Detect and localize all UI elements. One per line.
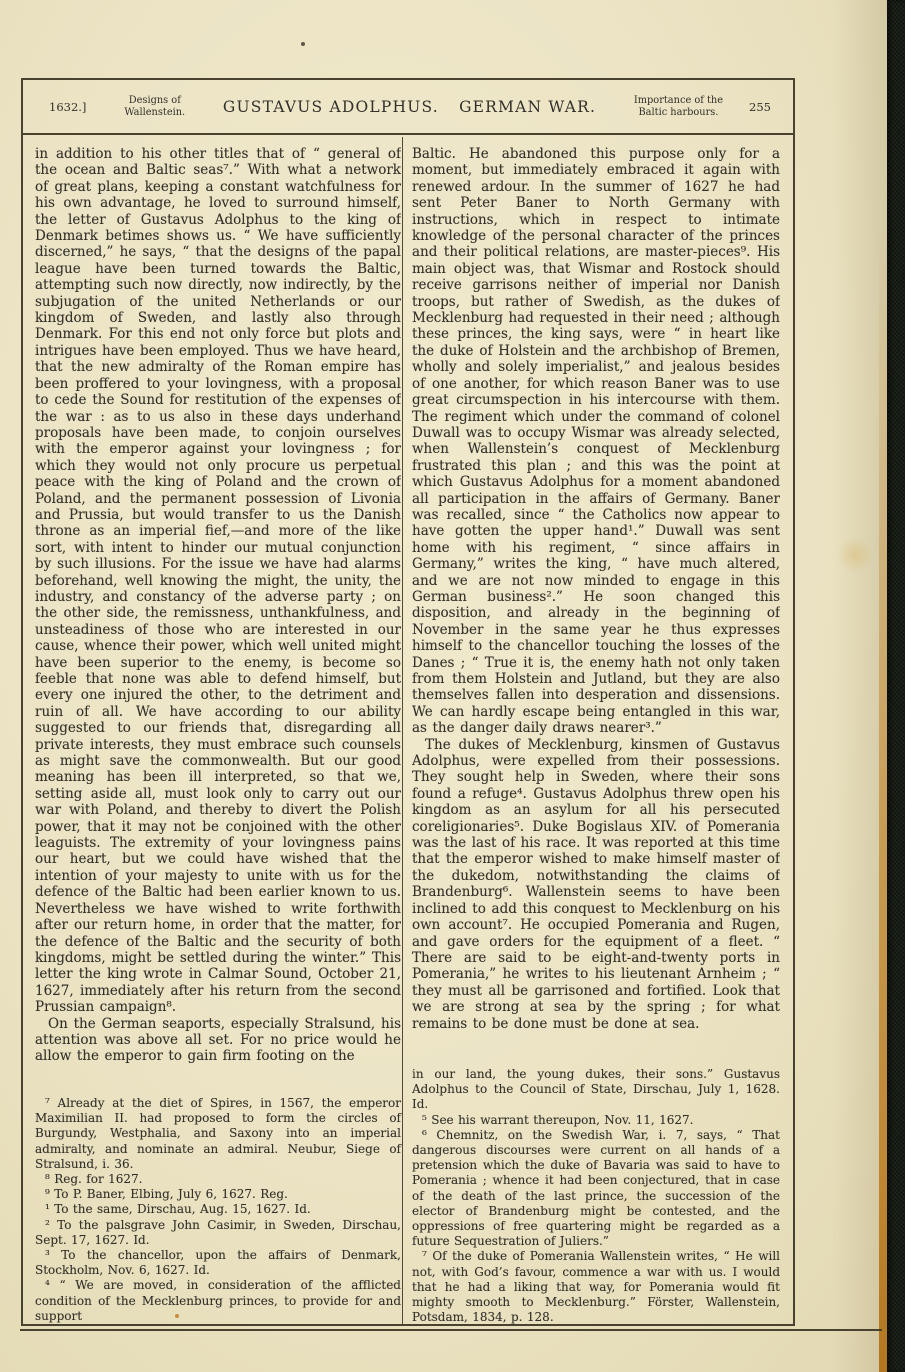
body-text-right: Baltic. He abandoned this purpose only f… (412, 146, 780, 1067)
scanned-book-page: 1632.] Designs of Wallenstein. GUSTAVUS … (0, 0, 905, 1372)
footnote: ⁹ To P. Baner, Elbing, July 6, 1627. Reg… (35, 1187, 401, 1202)
footnotes-right: in our land, the young dukes, their sons… (412, 1067, 780, 1325)
footnote: ⁵ See his warrant thereupon, Nov. 11, 16… (412, 1113, 780, 1128)
footnote: ⁷ Of the duke of Pomerania Wallenstein w… (412, 1249, 780, 1325)
footnote: ² To the palsgrave John Casimir, in Swed… (35, 1218, 401, 1248)
header-sidenote-left: Designs of Wallenstein. (124, 95, 185, 118)
body-paragraph: Baltic. He abandoned this purpose only f… (412, 146, 780, 737)
body-text-left: in addition to his other titles that of … (35, 146, 401, 1096)
content-frame: 1632.] Designs of Wallenstein. GUSTAVUS … (21, 78, 795, 1326)
sidenote-line: Baltic harbours. (638, 107, 718, 118)
page-title-part2: GERMAN WAR. (459, 98, 596, 116)
footnote: ¹ To the same, Dirschau, Aug. 15, 1627. … (35, 1202, 401, 1217)
sidenote-line: Importance of the (634, 95, 723, 106)
paper-stain (838, 535, 872, 575)
header-sidenote-right: Importance of the Baltic harbours. (634, 95, 723, 118)
body-paragraph: in addition to his other titles that of … (35, 146, 401, 1016)
page-title-part1: GUSTAVUS ADOLPHUS. (223, 98, 439, 116)
column-divider (402, 137, 403, 1324)
ink-speck (301, 42, 305, 46)
footnote: in our land, the young dukes, their sons… (412, 1067, 780, 1113)
book-binding-strip (887, 0, 905, 1372)
footnote: ⁷ Already at the diet of Spires, in 1567… (35, 1096, 401, 1172)
body-paragraph: On the German seaports, especially Stral… (35, 1016, 401, 1065)
text-column-left: in addition to his other titles that of … (35, 146, 401, 1324)
text-column-right: Baltic. He abandoned this purpose only f… (412, 146, 780, 1325)
footnote: ⁸ Reg. for 1627. (35, 1172, 401, 1187)
page-number: 255 (749, 100, 771, 114)
footnote: ⁴ “ We are moved, in consideration of th… (35, 1278, 401, 1324)
footnote: ⁶ Chemnitz, on the Swedish War, i. 7, sa… (412, 1128, 780, 1250)
footnote: ³ To the chancellor, upon the affairs of… (35, 1248, 401, 1278)
header-date: 1632.] (49, 100, 86, 114)
sidenote-line: Designs of (129, 95, 181, 106)
page-title: GUSTAVUS ADOLPHUS. GERMAN WAR. (185, 98, 634, 116)
sidenote-line: Wallenstein. (124, 107, 185, 118)
footnotes-left: ⁷ Already at the diet of Spires, in 1567… (35, 1096, 401, 1324)
bottom-rule (20, 1329, 882, 1331)
running-head: 1632.] Designs of Wallenstein. GUSTAVUS … (23, 80, 793, 135)
body-paragraph: The dukes of Mecklenburg, kinsmen of Gus… (412, 737, 780, 1032)
